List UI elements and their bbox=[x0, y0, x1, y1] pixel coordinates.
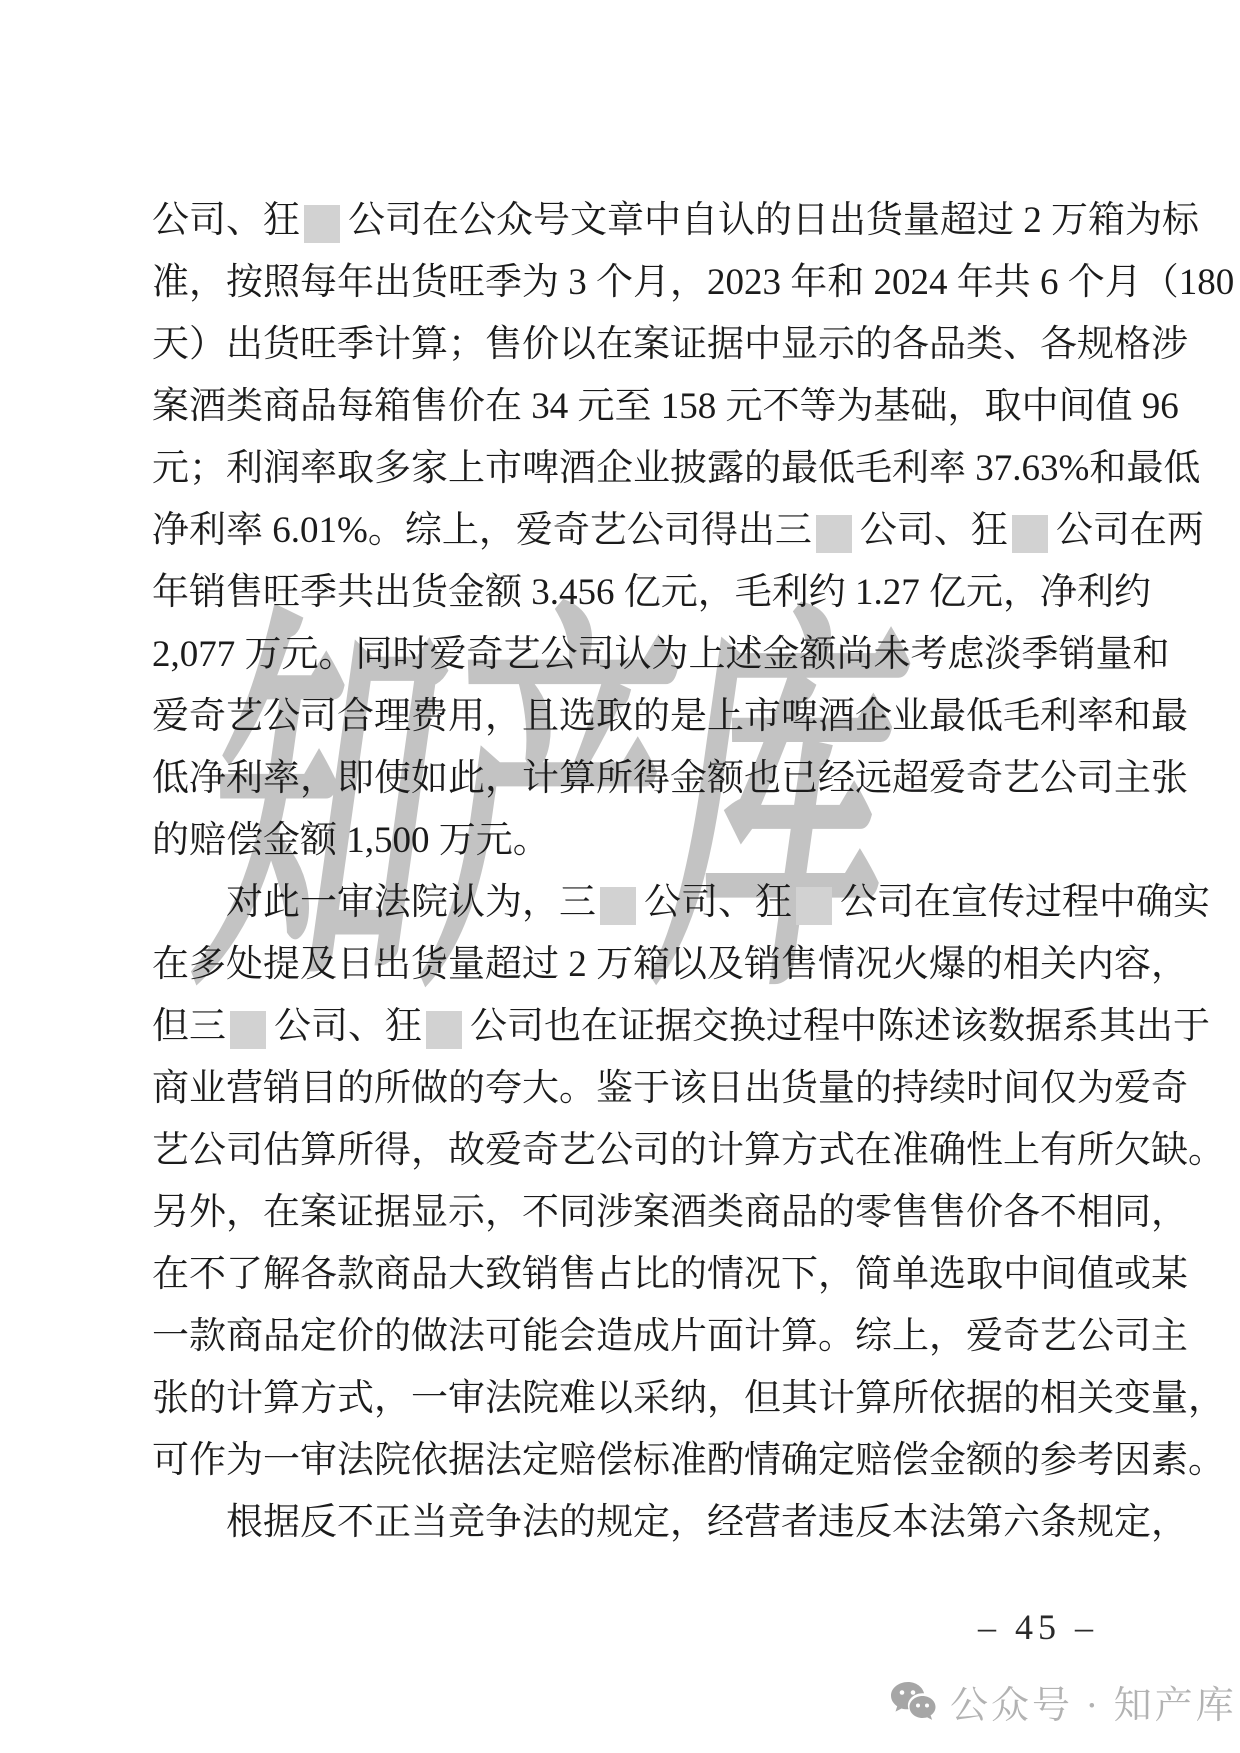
text-segment: 低净利率，即使如此，计算所得金额也已经远超爱奇艺公司主张 bbox=[152, 758, 1188, 799]
redaction-box bbox=[816, 515, 852, 553]
text-segment: 公司也在证据交换过程中陈述该数据系其出于 bbox=[470, 1006, 1210, 1047]
text-segment: 公司、狂 bbox=[152, 200, 300, 241]
text-segment: 公司、狂 bbox=[644, 882, 792, 923]
text-line: 案酒类商品每箱售价在 34 元至 158 元不等为基础，取中间值 96 bbox=[152, 376, 1102, 438]
text-line: 在多处提及日出货量超过 2 万箱以及销售情况火爆的相关内容， bbox=[152, 934, 1102, 996]
text-line: 商业营销目的所做的夸大。鉴于该日出货量的持续时间仅为爱奇 bbox=[152, 1058, 1102, 1120]
text-segment: 一款商品定价的做法可能会造成片面计算。综上，爱奇艺公司主 bbox=[152, 1316, 1188, 1357]
footer-label: 公众号 · 知产库 bbox=[950, 1674, 1237, 1729]
text-line: 根据反不正当竞争法的规定，经营者违反本法第六条规定， bbox=[152, 1492, 1102, 1554]
redaction-box bbox=[600, 887, 636, 925]
text-segment: 元；利润率取多家上市啤酒企业披露的最低毛利率 37.63%和最低 bbox=[152, 448, 1200, 489]
redaction-box bbox=[426, 1011, 462, 1049]
text-segment: 公司、狂 bbox=[860, 510, 1008, 551]
text-line: 在不了解各款商品大致销售占比的情况下，简单选取中间值或某 bbox=[152, 1244, 1102, 1306]
text-segment: 但三 bbox=[152, 1006, 226, 1047]
text-line: 可作为一审法院依据法定赔偿标准酌情确定赔偿金额的参考因素。 bbox=[152, 1430, 1102, 1492]
redaction-box bbox=[1012, 515, 1048, 553]
text-segment: 公司在宣传过程中确实 bbox=[840, 882, 1210, 923]
text-line: 公司、狂公司在公众号文章中自认的日出货量超过 2 万箱为标 bbox=[152, 190, 1102, 252]
text-segment: 公司在公众号文章中自认的日出货量超过 2 万箱为标 bbox=[348, 200, 1199, 241]
text-segment: 准，按照每年出货旺季为 3 个月，2023 年和 2024 年共 6 个月（18… bbox=[152, 262, 1234, 303]
text-line: 年销售旺季共出货金额 3.456 亿元，毛利约 1.27 亿元，净利约 bbox=[152, 562, 1102, 624]
text-segment: 张的计算方式，一审法院难以采纳，但其计算所依据的相关变量， bbox=[152, 1378, 1225, 1419]
text-line: 张的计算方式，一审法院难以采纳，但其计算所依据的相关变量， bbox=[152, 1368, 1102, 1430]
text-line: 的赔偿金额 1,500 万元。 bbox=[152, 810, 1102, 872]
text-line: 对此一审法院认为，三公司、狂公司在宣传过程中确实 bbox=[152, 872, 1102, 934]
wechat-icon bbox=[890, 1680, 936, 1724]
page-number: – 45 – bbox=[978, 1606, 1098, 1648]
footer: 公众号 · 知产库 bbox=[890, 1674, 1237, 1729]
text-line: 低净利率，即使如此，计算所得金额也已经远超爱奇艺公司主张 bbox=[152, 748, 1102, 810]
text-line: 天）出货旺季计算；售价以在案证据中显示的各品类、各规格涉 bbox=[152, 314, 1102, 376]
text-segment: 天）出货旺季计算；售价以在案证据中显示的各品类、各规格涉 bbox=[152, 324, 1188, 365]
judgment-body-text: 公司、狂公司在公众号文章中自认的日出货量超过 2 万箱为标准，按照每年出货旺季为… bbox=[152, 190, 1102, 1554]
text-line: 元；利润率取多家上市啤酒企业披露的最低毛利率 37.63%和最低 bbox=[152, 438, 1102, 500]
text-segment: 可作为一审法院依据法定赔偿标准酌情确定赔偿金额的参考因素。 bbox=[152, 1440, 1225, 1481]
text-line: 另外，在案证据显示，不同涉案酒类商品的零售售价各不相同， bbox=[152, 1182, 1102, 1244]
redaction-box bbox=[304, 205, 340, 243]
text-line: 艺公司估算所得，故爱奇艺公司的计算方式在准确性上有所欠缺。 bbox=[152, 1120, 1102, 1182]
text-segment: 商业营销目的所做的夸大。鉴于该日出货量的持续时间仅为爱奇 bbox=[152, 1068, 1188, 1109]
text-segment: 在多处提及日出货量超过 2 万箱以及销售情况火爆的相关内容， bbox=[152, 944, 1188, 985]
text-segment: 2,077 万元。同时爱奇艺公司认为上述金额尚未考虑淡季销量和 bbox=[152, 634, 1170, 675]
text-segment: 根据反不正当竞争法的规定，经营者违反本法第六条规定， bbox=[152, 1502, 1188, 1543]
redaction-box bbox=[230, 1011, 266, 1049]
text-line: 准，按照每年出货旺季为 3 个月，2023 年和 2024 年共 6 个月（18… bbox=[152, 252, 1102, 314]
text-segment: 艺公司估算所得，故爱奇艺公司的计算方式在准确性上有所欠缺。 bbox=[152, 1130, 1225, 1171]
text-segment: 净利率 6.01%。综上，爱奇艺公司得出三 bbox=[152, 510, 812, 551]
text-segment: 案酒类商品每箱售价在 34 元至 158 元不等为基础，取中间值 96 bbox=[152, 386, 1179, 427]
text-line: 但三公司、狂公司也在证据交换过程中陈述该数据系其出于 bbox=[152, 996, 1102, 1058]
text-segment: 另外，在案证据显示，不同涉案酒类商品的零售售价各不相同， bbox=[152, 1192, 1188, 1233]
text-line: 2,077 万元。同时爱奇艺公司认为上述金额尚未考虑淡季销量和 bbox=[152, 624, 1102, 686]
text-segment: 在不了解各款商品大致销售占比的情况下，简单选取中间值或某 bbox=[152, 1254, 1188, 1295]
text-line: 爱奇艺公司合理费用，且选取的是上市啤酒企业最低毛利率和最 bbox=[152, 686, 1102, 748]
text-line: 净利率 6.01%。综上，爱奇艺公司得出三公司、狂公司在两 bbox=[152, 500, 1102, 562]
text-segment: 爱奇艺公司合理费用，且选取的是上市啤酒企业最低毛利率和最 bbox=[152, 696, 1188, 737]
text-segment: 公司、狂 bbox=[274, 1006, 422, 1047]
text-segment: 公司在两 bbox=[1056, 510, 1204, 551]
redaction-box bbox=[796, 887, 832, 925]
text-segment: 对此一审法院认为，三 bbox=[152, 882, 596, 923]
text-segment: 年销售旺季共出货金额 3.456 亿元，毛利约 1.27 亿元，净利约 bbox=[152, 572, 1151, 613]
text-segment: 的赔偿金额 1,500 万元。 bbox=[152, 820, 550, 861]
text-line: 一款商品定价的做法可能会造成片面计算。综上，爱奇艺公司主 bbox=[152, 1306, 1102, 1368]
document-page: 知产库 公司、狂公司在公众号文章中自认的日出货量超过 2 万箱为标准，按照每年出… bbox=[0, 0, 1240, 1753]
